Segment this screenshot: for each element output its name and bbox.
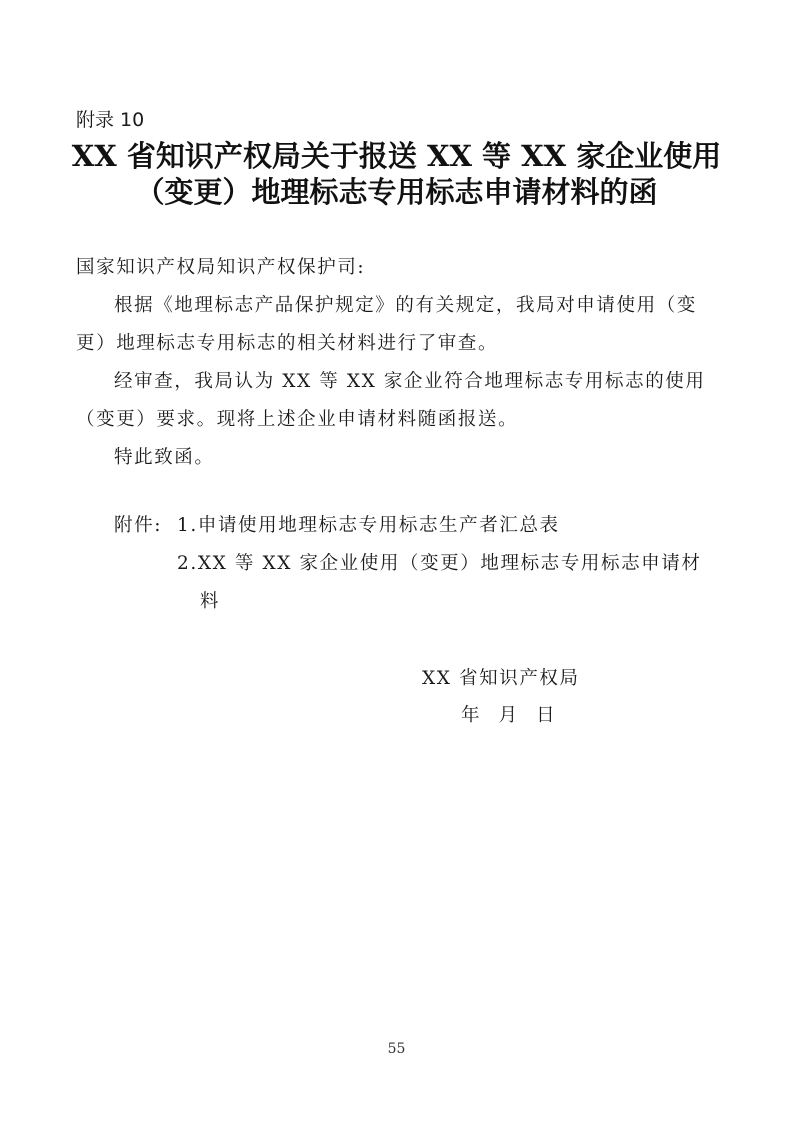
attachments-label: 附件:: [114, 514, 162, 538]
document-page: 附录 10 XX 省知识产权局关于报送 XX 等 XX 家企业使用 （变更）地理…: [0, 0, 793, 1122]
signature-date: 年 月 日: [461, 704, 556, 728]
closing-phrase: 特此致函。: [114, 446, 215, 470]
paragraph-1-line-1: 根据《地理标志产品保护规定》的有关规定，我局对申请使用（变: [114, 294, 697, 318]
document-title-line-2: （变更）地理标志专用标志申请材料的函: [0, 174, 793, 210]
paragraph-1-line-2: 更）地理标志专用标志的相关材料进行了审查。: [76, 332, 498, 356]
attachment-item-1: 1.申请使用地理标志专用标志生产者汇总表: [177, 514, 560, 538]
paragraph-2-line-2: （变更）要求。现将上述企业申请材料随函报送。: [76, 408, 518, 432]
attachment-item-2: 2.XX 等 XX 家企业使用（变更）地理标志专用标志申请材: [177, 552, 701, 576]
appendix-label: 附录 10: [76, 108, 144, 132]
document-title-line-1: XX 省知识产权局关于报送 XX 等 XX 家企业使用: [0, 138, 793, 174]
paragraph-2-line-1: 经审查，我局认为 XX 等 XX 家企业符合地理标志专用标志的使用: [114, 370, 706, 394]
page-number: 55: [0, 1040, 793, 1058]
attachment-item-2-continuation: 料: [200, 590, 220, 614]
signature-organization: XX 省知识产权局: [422, 667, 580, 691]
salutation: 国家知识产权局知识产权保护司:: [76, 256, 365, 280]
